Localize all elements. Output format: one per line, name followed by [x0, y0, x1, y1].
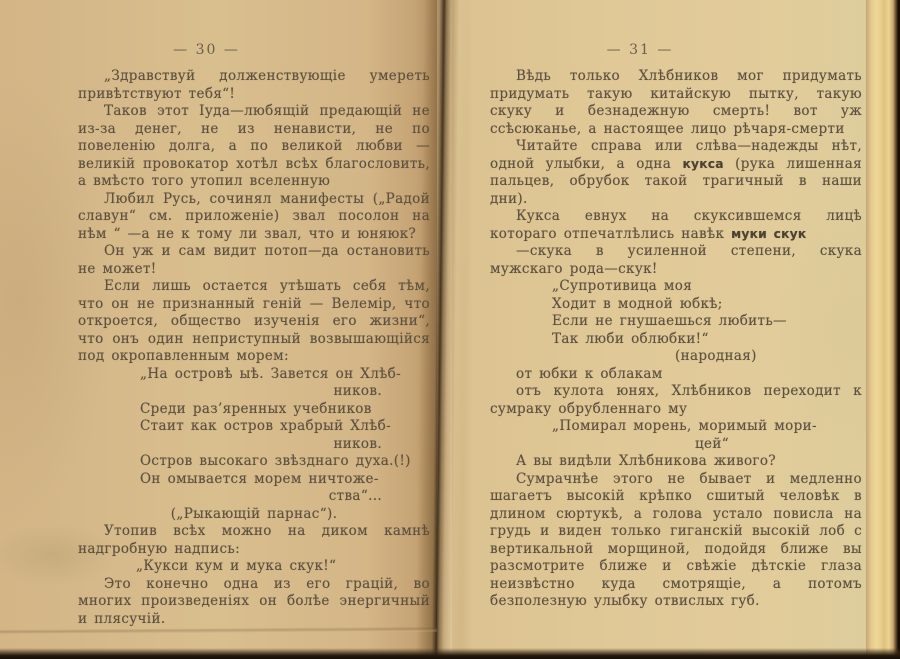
page-stack-edge [866, 0, 900, 659]
page-31-inner: — 31 — Вѣдь только Хлѣбников мог придума… [452, 0, 868, 611]
page-30: — 30 — „Здравствуй долженствующіе умерет… [0, 0, 437, 659]
paragraph-genius: Если лишь остается утѣшать себя тѣм, что… [78, 278, 430, 366]
page-31: — 31 — Вѣдь только Хлѣбников мог придума… [452, 0, 868, 659]
page-number-31: — 31 — [452, 42, 848, 58]
paragraph-energetic: Это конечно одна из его грацій, во многи… [78, 576, 430, 629]
paragraph-greeting: „Здравствуй долженствующіе умереть привѣ… [78, 68, 430, 103]
verse-line: Остров высокаго звѣзднаго духа.(!) [140, 453, 430, 471]
verse-line: Ходит в модной юбкѣ; [552, 296, 862, 314]
verse-line-continuation: ства“... [140, 488, 430, 506]
page-30-text-column: „Здравствуй долженствующіе умереть привѣ… [78, 68, 430, 628]
verse-pomiral: „Помирал морень, моримый мори- [552, 418, 862, 436]
verse-line: Так люби облюбки!“ [552, 331, 862, 349]
verse-line: „Супротивица моя [552, 278, 862, 296]
bold-words-muki-skuk: муки скук [731, 227, 806, 241]
line-skirt-clouds: от юбки к облакам [490, 366, 862, 384]
verse-attribution: (народная) [675, 348, 862, 366]
verse-source-citation: („Рыкающій парнас“). [78, 506, 430, 524]
paragraph-skuk: —скука в усиленной степени, скука мужска… [490, 243, 862, 278]
paragraph-alive-question: А вы видѣли Хлѣбникова живого? [490, 453, 862, 471]
scan-bottom-edge [0, 648, 900, 659]
verse-line: „Помирал морень, моримый мори- [552, 418, 862, 436]
paragraph-flood: Он уж и сам видит потоп—да остановить не… [78, 243, 430, 278]
paragraph-kuksa: Читайте справа или слѣва—надежды нѣт, од… [490, 138, 862, 208]
page-number-30: — 30 — [0, 42, 425, 58]
epitaph-line: „Кукси кум и мука скук!“ [136, 558, 430, 576]
paragraph-epitaph-intro: Утопив всѣх можно на диком камнѣ надгроб… [78, 523, 430, 558]
paragraph-kulot: отъ кулота юнях, Хлѣбников переходит к с… [490, 383, 862, 418]
paragraph-portrait: Сумрачнѣе этого не бывает и медленно шаг… [490, 471, 862, 611]
verse-line-continuation: ников. [140, 383, 430, 401]
bold-word-kuksa: кукса [682, 157, 723, 171]
verse-line: „На островѣ ыѣ. Завется он Хлѣб- [140, 366, 430, 384]
verse-line: Стаит как остров храбрый Хлѣб- [140, 418, 430, 436]
verse-line: Среди раз’яренных учебников [140, 401, 430, 419]
page-30-inner: — 30 — „Здравствуй долженствующіе умерет… [0, 0, 437, 628]
verse-line-continuation: цей“ [695, 436, 862, 454]
binding-gutter-crease [416, 0, 470, 659]
paragraph-torture: Вѣдь только Хлѣбников мог придумать прид… [490, 68, 862, 138]
paragraph-eunuch: Кукса евнух на скуксившемся лицѣ котораг… [490, 208, 862, 243]
page-31-text-column: Вѣдь только Хлѣбников мог придумать прид… [490, 68, 862, 611]
verse-line-continuation: ников. [140, 436, 430, 454]
verse-line: Если не гнушаешься любить— [552, 313, 862, 331]
paragraph-juda: Таков этот Іуда—любящій предающій не из-… [78, 103, 430, 191]
verse-suprotivitsa: „Супротивица моя Ходит в модной юбкѣ; Ес… [552, 278, 862, 348]
book-scan: — 30 — „Здравствуй долженствующіе умерет… [0, 0, 900, 659]
verse-island: „На островѣ ыѣ. Завется он Хлѣб- ников. … [140, 366, 430, 506]
paragraph-manifesto: Любил Русь, сочинял манифесты („Радой сл… [78, 191, 430, 244]
verse-line: Он омывается морем ничтоже- [140, 471, 430, 489]
